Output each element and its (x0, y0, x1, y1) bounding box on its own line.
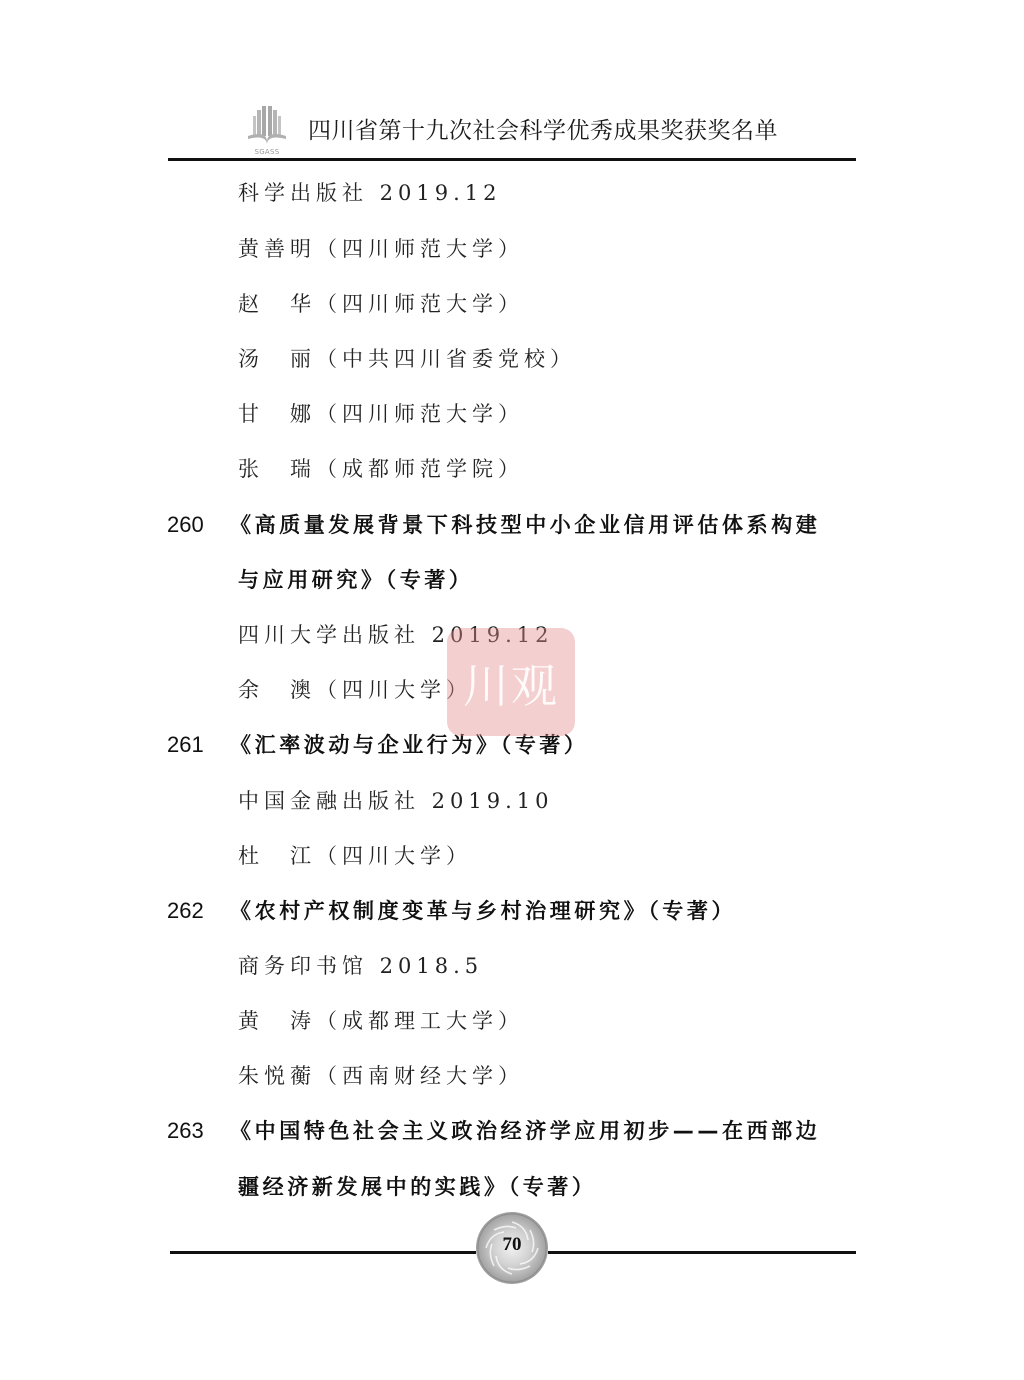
entry-number: 263 (167, 1116, 204, 1146)
publisher-line: 中国金融出版社 2019.10 (238, 786, 554, 816)
author-line: 甘 娜（四川师范大学） (238, 399, 524, 429)
publisher-line: 科学出版社 2019.12 (238, 178, 502, 208)
entry-number: 260 (167, 510, 204, 540)
author-name: 甘 娜 (238, 402, 316, 426)
footer-divider-left (170, 1251, 476, 1254)
author-name: 赵 华 (238, 292, 316, 316)
author-line: 汤 丽（中共四川省委党校） (238, 344, 576, 374)
watermark-text: 川观 (447, 650, 575, 716)
entry-number: 261 (167, 730, 204, 760)
building-book-icon (244, 104, 290, 148)
author-name: 余 澳 (238, 678, 316, 702)
author-name: 黄 涛 (238, 1009, 316, 1033)
author-affiliation: （四川师范大学） (316, 292, 524, 316)
page-number-medallion: 70 (476, 1212, 548, 1284)
page-title: 四川省第十九次社会科学优秀成果奖获奖名单 (308, 112, 778, 145)
author-affiliation: （成都师范学院） (316, 457, 524, 481)
author-line: 张 瑞（成都师范学院） (238, 454, 524, 484)
author-affiliation: （中共四川省委党校） (316, 347, 576, 371)
entry-title: 《中国特色社会主义政治经济学应用初步——在西部边 (230, 1116, 820, 1146)
entry-title: 《高质量发展背景下科技型中小企业信用评估体系构建 (230, 510, 820, 540)
entry-number: 262 (167, 896, 204, 926)
author-name: 杜 江 (238, 844, 316, 868)
logo-text: SGASS (244, 148, 290, 156)
entry-title: 《农村产权制度变革与乡村治理研究》（专著） (230, 896, 736, 926)
publisher-line: 商务印书馆 2018.5 (238, 951, 483, 981)
author-affiliation: （成都理工大学） (316, 1009, 524, 1033)
author-name: 黄善明 (238, 237, 316, 261)
sgass-logo: SGASS (244, 104, 290, 160)
author-affiliation: （四川师范大学） (316, 402, 524, 426)
author-line: 黄善明（四川师范大学） (238, 234, 524, 264)
author-name: 汤 丽 (238, 347, 316, 371)
author-name: 朱悦蘅 (238, 1064, 316, 1088)
footer-divider-right (548, 1251, 856, 1254)
author-line: 朱悦蘅（西南财经大学） (238, 1061, 524, 1091)
chuanguan-watermark: 川观 (447, 628, 575, 736)
author-line: 黄 涛（成都理工大学） (238, 1006, 524, 1036)
author-line: 赵 华（四川师范大学） (238, 289, 524, 319)
author-name: 张 瑞 (238, 457, 316, 481)
document-page: SGASS 四川省第十九次社会科学优秀成果奖获奖名单 科学出版社 2019.12… (0, 0, 1024, 1380)
header-divider (168, 158, 856, 161)
author-line: 余 澳（四川大学） (238, 675, 472, 705)
page-number: 70 (476, 1234, 548, 1256)
author-affiliation: （西南财经大学） (316, 1064, 524, 1088)
page-header: SGASS 四川省第十九次社会科学优秀成果奖获奖名单 (168, 96, 856, 162)
entry-title-continued: 疆经济新发展中的实践》（专著） (238, 1172, 597, 1202)
entry-title-continued: 与应用研究》（专著） (238, 565, 474, 595)
author-affiliation: （四川师范大学） (316, 237, 524, 261)
author-line: 杜 江（四川大学） (238, 841, 472, 871)
author-affiliation: （四川大学） (316, 844, 472, 868)
